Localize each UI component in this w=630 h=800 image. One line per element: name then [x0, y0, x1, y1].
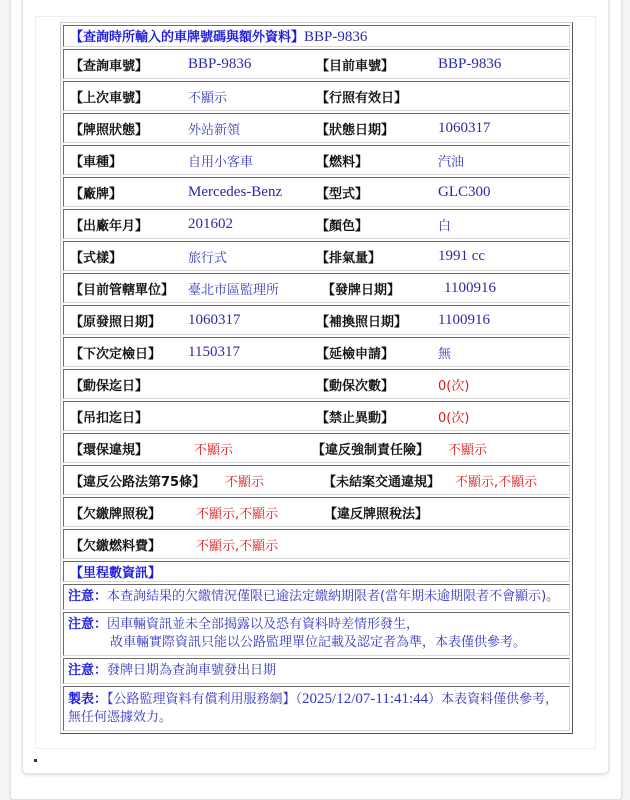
label-license-tax-violation: 【違反牌照稅法】 — [324, 503, 428, 522]
value-compulsory-insurance-violation: 不顯示 — [448, 439, 487, 458]
footer-timestamp: 2025/12/07-11:41:44 — [302, 691, 428, 707]
table-row: 【違反公路法第75條】 不顯示 【未結案交通違規】 不顯示,不顯示 — [63, 465, 570, 495]
label-color: 【顏色】 — [316, 215, 438, 234]
footer-label: 製表： — [68, 692, 107, 707]
value-body-style: 旅行式 — [188, 247, 316, 266]
value-inspection-extension: 無 — [438, 343, 451, 362]
value-fuel: 汽油 — [438, 151, 464, 170]
value-current-plate: BBP-9836 — [438, 56, 501, 73]
label-displacement: 【排氣量】 — [316, 247, 438, 266]
label-chattel-mortgage-count: 【動保次數】 — [316, 375, 438, 394]
query-title-plate: BBP-9836 — [304, 29, 367, 45]
label-fuel: 【燃料】 — [316, 151, 438, 170]
note-text-continued: 故車輛實際資訊只能以公路監理單位記載及認定者為準，本表僅供參考。 — [68, 634, 565, 652]
value-vehicle-type: 自用小客車 — [188, 151, 316, 170]
query-title-row: 【查詢時所輸入的車牌號碼與額外資料】BBP-9836 — [63, 25, 570, 47]
mileage-section-row: 【里程數資訊】 — [63, 561, 570, 582]
table-row: 【動保迄日】 【動保次數】 0(次) — [63, 369, 570, 399]
value-previous-plate: 不顯示 — [188, 87, 316, 106]
note-label: 注意： — [68, 589, 107, 604]
note-text: 因車輛資訊並未全部揭露以及恐有資料時差情形發生， — [107, 617, 419, 632]
value-next-inspection: 1150317 — [188, 344, 316, 361]
value-unpaid-license-tax: 不顯示,不顯示 — [196, 503, 324, 522]
value-displacement: 1991 cc — [438, 248, 485, 265]
label-compulsory-insurance-violation: 【違反強制責任險】 — [312, 439, 448, 458]
table-row: 【環保違規】 不顯示 【違反強制責任險】 不顯示 — [63, 433, 570, 463]
label-body-style: 【式樣】 — [70, 247, 188, 266]
label-current-plate: 【目前車號】 — [316, 55, 438, 74]
table-row: 【上次車號】 不顯示 【行照有效日】 — [63, 81, 570, 111]
label-plate-status: 【牌照狀態】 — [70, 119, 188, 138]
label-query-plate: 【查詢車號】 — [70, 55, 188, 74]
table-row: 【牌照狀態】 外站新領 【狀態日期】 1060317 — [63, 113, 570, 143]
footer-row: 製表：【公路監理資料有償利用服務網】（2025/12/07-11:41:44）本… — [63, 686, 570, 731]
value-manufacture-date: 201602 — [188, 216, 316, 233]
label-brand: 【廠牌】 — [70, 183, 188, 202]
footer-source: 【公路監理資料有償利用服務網】 — [107, 692, 296, 707]
table-row: 【欠繳燃料費】 不顯示,不顯示 — [63, 529, 570, 559]
value-chattel-mortgage-count: 0(次) — [438, 375, 469, 394]
value-jurisdiction: 臺北市區監理所 — [188, 279, 316, 298]
label-next-inspection: 【下次定檢日】 — [70, 343, 188, 362]
table-row: 【出廠年月】 201602 【顏色】 白 — [63, 209, 570, 239]
table-row: 【式樣】 旅行式 【排氣量】 1991 cc — [63, 241, 570, 271]
value-original-issue-date: 1060317 — [188, 312, 316, 329]
label-chattel-mortgage-end: 【動保迄日】 — [70, 375, 188, 394]
table-row: 【查詢車號】 BBP-9836 【目前車號】 BBP-9836 — [63, 49, 570, 79]
label-environmental-violation: 【環保違規】 — [70, 439, 194, 458]
table-row: 【吊扣迄日】 【禁止異動】 0(次) — [63, 401, 570, 431]
table-row: 【欠繳牌照稅】 不顯示,不顯示 【違反牌照稅法】 — [63, 497, 570, 527]
label-jurisdiction: 【目前管轄單位】 — [70, 279, 188, 298]
label-suspension-end: 【吊扣迄日】 — [70, 407, 188, 426]
table-row: 【車種】 自用小客車 【燃料】 汽油 — [63, 145, 570, 175]
value-unresolved-traffic-violations: 不顯示,不顯示 — [455, 471, 537, 490]
value-query-plate: BBP-9836 — [188, 56, 316, 73]
bullet-dot — [34, 759, 37, 762]
label-original-issue-date: 【原發照日期】 — [70, 311, 188, 330]
label-highway-act-75: 【違反公路法第75條】 — [70, 471, 225, 490]
label-unpaid-license-tax: 【欠繳牌照稅】 — [70, 503, 196, 522]
value-status-date: 1060317 — [438, 120, 491, 137]
value-transfer-ban: 0(次) — [438, 407, 469, 426]
note-row: 注意：發牌日期為查詢車號發出日期 — [63, 658, 570, 684]
label-inspection-extension: 【延檢申請】 — [316, 343, 438, 362]
mileage-section-heading: 【里程數資訊】 — [70, 566, 161, 581]
table-row: 【下次定檢日】 1150317 【延檢申請】 無 — [63, 337, 570, 367]
label-status-date: 【狀態日期】 — [316, 119, 438, 138]
label-previous-plate: 【上次車號】 — [70, 87, 188, 106]
label-plate-issue-date: 【發牌日期】 — [316, 279, 444, 298]
note-row: 注意：因車輛資訊並未全部揭露以及恐有資料時差情形發生， 故車輛實際資訊只能以公路… — [63, 612, 570, 656]
table-row: 【目前管轄單位】 臺北市區監理所 【發牌日期】 1100916 — [63, 273, 570, 303]
note-row: 注意：本查詢結果的欠繳情況僅限已逾法定繳納期限者(當年期未逾期限者不會顯示)。 — [63, 584, 570, 610]
value-reissue-date: 1100916 — [438, 312, 490, 329]
value-plate-issue-date: 1100916 — [444, 280, 496, 297]
note-label: 注意： — [68, 617, 107, 632]
table-row: 【原發照日期】 1060317 【補換照日期】 1100916 — [63, 305, 570, 335]
label-vehicle-type: 【車種】 — [70, 151, 188, 170]
label-manufacture-date: 【出廠年月】 — [70, 215, 188, 234]
label-license-valid-date: 【行照有效日】 — [316, 87, 438, 106]
value-plate-status: 外站新領 — [188, 119, 316, 138]
value-unpaid-fuel-fee: 不顯示,不顯示 — [196, 535, 278, 554]
label-model: 【型式】 — [316, 183, 438, 202]
footer-paren-close: ） — [428, 692, 441, 707]
label-unresolved-traffic-violations: 【未結案交通違規】 — [323, 471, 455, 490]
table-row: 【廠牌】 Mercedes-Benz 【型式】 GLC300 — [63, 177, 570, 207]
label-transfer-ban: 【禁止異動】 — [316, 407, 438, 426]
note-label: 注意： — [68, 663, 107, 678]
note-text: 發牌日期為查詢車號發出日期 — [107, 663, 276, 678]
label-unpaid-fuel-fee: 【欠繳燃料費】 — [70, 535, 196, 554]
value-model: GLC300 — [438, 184, 491, 201]
value-color: 白 — [438, 215, 451, 234]
query-title-label: 【查詢時所輸入的車牌號碼與額外資料】 — [70, 30, 304, 45]
value-environmental-violation: 不顯示 — [194, 439, 312, 458]
label-reissue-date: 【補換照日期】 — [316, 311, 438, 330]
value-brand: Mercedes-Benz — [188, 184, 316, 201]
vehicle-info-table: 【查詢時所輸入的車牌號碼與額外資料】BBP-9836 【查詢車號】 BBP-98… — [60, 22, 573, 734]
note-text: 本查詢結果的欠繳情況僅限已逾法定繳納期限者(當年期未逾期限者不會顯示)。 — [107, 589, 559, 604]
value-highway-act-75: 不顯示 — [225, 471, 323, 490]
